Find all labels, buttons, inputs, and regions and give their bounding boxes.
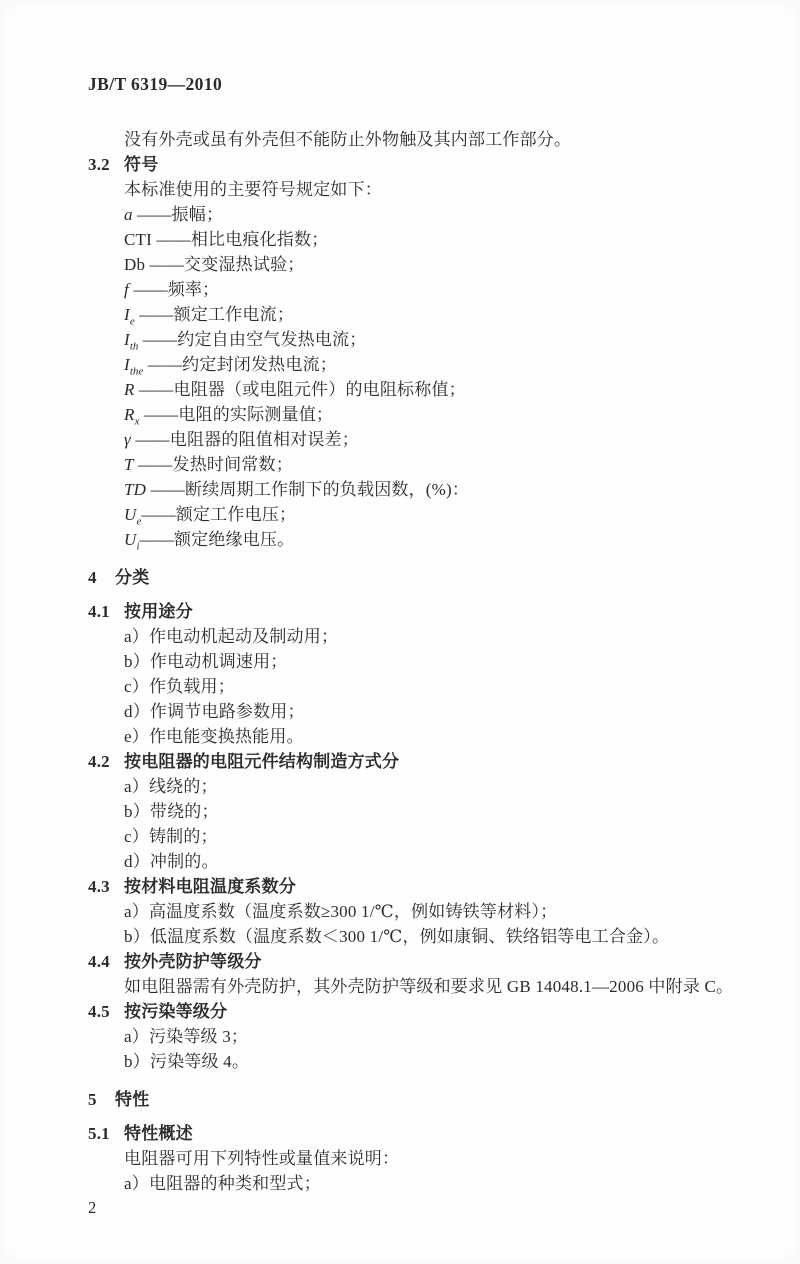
section-number: 4 — [88, 565, 115, 590]
document-body: 没有外壳或虽有外壳但不能防止外物触及其内部工作部分。3.2符号本标准使用的主要符… — [88, 127, 740, 1196]
chapter-heading: 5特性 — [88, 1087, 740, 1112]
section-number: 4.2 — [88, 749, 124, 774]
section-number: 4.3 — [88, 874, 124, 899]
list-item-line: b）污染等级 4。 — [88, 1049, 740, 1074]
section-title: 按材料电阻温度系数分 — [124, 877, 296, 896]
symbol-glyph: f — [124, 280, 129, 299]
section-number: 4.4 — [88, 949, 124, 974]
symbol-definition-line: Ue——额定工作电压； — [88, 502, 740, 527]
section-number: 4.1 — [88, 599, 124, 624]
symbol-definition-line: Rx ——电阻的实际测量值； — [88, 402, 740, 427]
section-number: 5 — [88, 1087, 115, 1112]
section-number: 4.5 — [88, 999, 124, 1024]
section-heading: 4.5按污染等级分 — [88, 999, 740, 1024]
section-heading: 4.4按外壳防护等级分 — [88, 949, 740, 974]
list-item-line: a）污染等级 3； — [88, 1024, 740, 1049]
symbol-definition-line: T ——发热时间常数； — [88, 452, 740, 477]
symbol-glyph: γ — [124, 430, 131, 449]
section-heading: 4.2按电阻器的电阻元件结构制造方式分 — [88, 749, 740, 774]
paragraph-line: 如电阻器需有外壳防护，其外壳防护等级和要求见 GB 14048.1—2006 中… — [88, 974, 740, 999]
list-item-line: a）作电动机起动及制动用； — [88, 624, 740, 649]
section-heading: 3.2符号 — [88, 152, 740, 177]
chapter-heading: 4分类 — [88, 565, 740, 590]
list-item-line: d）冲制的。 — [88, 849, 740, 874]
symbol-definition-line: Ithe ——约定封闭发热电流； — [88, 352, 740, 377]
list-item-line: a）电阻器的种类和型式； — [88, 1171, 740, 1196]
symbol-definition-line: R ——电阻器（或电阻元件）的电阻标称值； — [88, 377, 740, 402]
symbol-definition-line: a ——振幅； — [88, 202, 740, 227]
section-heading: 4.1按用途分 — [88, 599, 740, 624]
page-number: 2 — [88, 1198, 96, 1218]
standard-number-header: JB/T 6319—2010 — [88, 74, 222, 95]
symbol-glyph: Ui — [124, 530, 140, 549]
section-heading: 4.3按材料电阻温度系数分 — [88, 874, 740, 899]
section-title: 特性 — [115, 1090, 149, 1109]
symbol-glyph: CTI — [124, 230, 152, 249]
symbol-definition-line: TD ——断续周期工作制下的负载因数，(%)： — [88, 477, 740, 502]
paragraph-line: 本标准使用的主要符号规定如下： — [88, 177, 740, 202]
symbol-definition-line: f ——频率； — [88, 277, 740, 302]
list-item-line: e）作电能变换热能用。 — [88, 724, 740, 749]
list-item-line: d）作调节电路参数用； — [88, 699, 740, 724]
symbol-definition-line: Db ——交变湿热试验； — [88, 252, 740, 277]
section-title: 特性概述 — [124, 1124, 193, 1143]
symbol-glyph: TD — [124, 480, 146, 499]
symbol-definition-line: Ie ——额定工作电流； — [88, 302, 740, 327]
paragraph-line: 没有外壳或虽有外壳但不能防止外物触及其内部工作部分。 — [88, 127, 740, 152]
scanned-document-page: JB/T 6319—2010 没有外壳或虽有外壳但不能防止外物触及其内部工作部分… — [0, 0, 800, 1264]
list-item-line: a）高温度系数（温度系数≥300 1/℃，例如铸铁等材料）； — [88, 899, 740, 924]
symbol-glyph: Ithe — [124, 355, 143, 374]
symbol-glyph: Ie — [124, 305, 135, 324]
section-title: 符号 — [124, 155, 158, 174]
section-title: 按污染等级分 — [124, 1002, 227, 1021]
symbol-definition-line: Ui——额定绝缘电压。 — [88, 527, 740, 552]
symbol-glyph: Ith — [124, 330, 138, 349]
section-number: 3.2 — [88, 152, 124, 177]
symbol-glyph: Ue — [124, 505, 141, 524]
symbol-glyph: R — [124, 380, 135, 399]
list-item-line: b）带绕的； — [88, 799, 740, 824]
section-title: 按电阻器的电阻元件结构制造方式分 — [124, 752, 399, 771]
symbol-glyph: T — [124, 455, 134, 474]
list-item-line: b）低温度系数（温度系数＜300 1/℃，例如康铜、铁络铝等电工合金）。 — [88, 924, 740, 949]
list-item-line: c）铸制的； — [88, 824, 740, 849]
symbol-definition-line: CTI ——相比电痕化指数； — [88, 227, 740, 252]
paragraph-line: 电阻器可用下列特性或量值来说明： — [88, 1146, 740, 1171]
section-title: 分类 — [115, 568, 149, 587]
list-item-line: a）线绕的； — [88, 774, 740, 799]
section-title: 按用途分 — [124, 602, 193, 621]
symbol-definition-line: Ith ——约定自由空气发热电流； — [88, 327, 740, 352]
symbol-definition-line: γ ——电阻器的阻值相对误差； — [88, 427, 740, 452]
list-item-line: b）作电动机调速用； — [88, 649, 740, 674]
section-number: 5.1 — [88, 1121, 124, 1146]
symbol-glyph: a — [124, 205, 133, 224]
symbol-glyph: Db — [124, 255, 145, 274]
list-item-line: c）作负载用； — [88, 674, 740, 699]
symbol-glyph: Rx — [124, 405, 139, 424]
section-title: 按外壳防护等级分 — [124, 952, 262, 971]
section-heading: 5.1特性概述 — [88, 1121, 740, 1146]
